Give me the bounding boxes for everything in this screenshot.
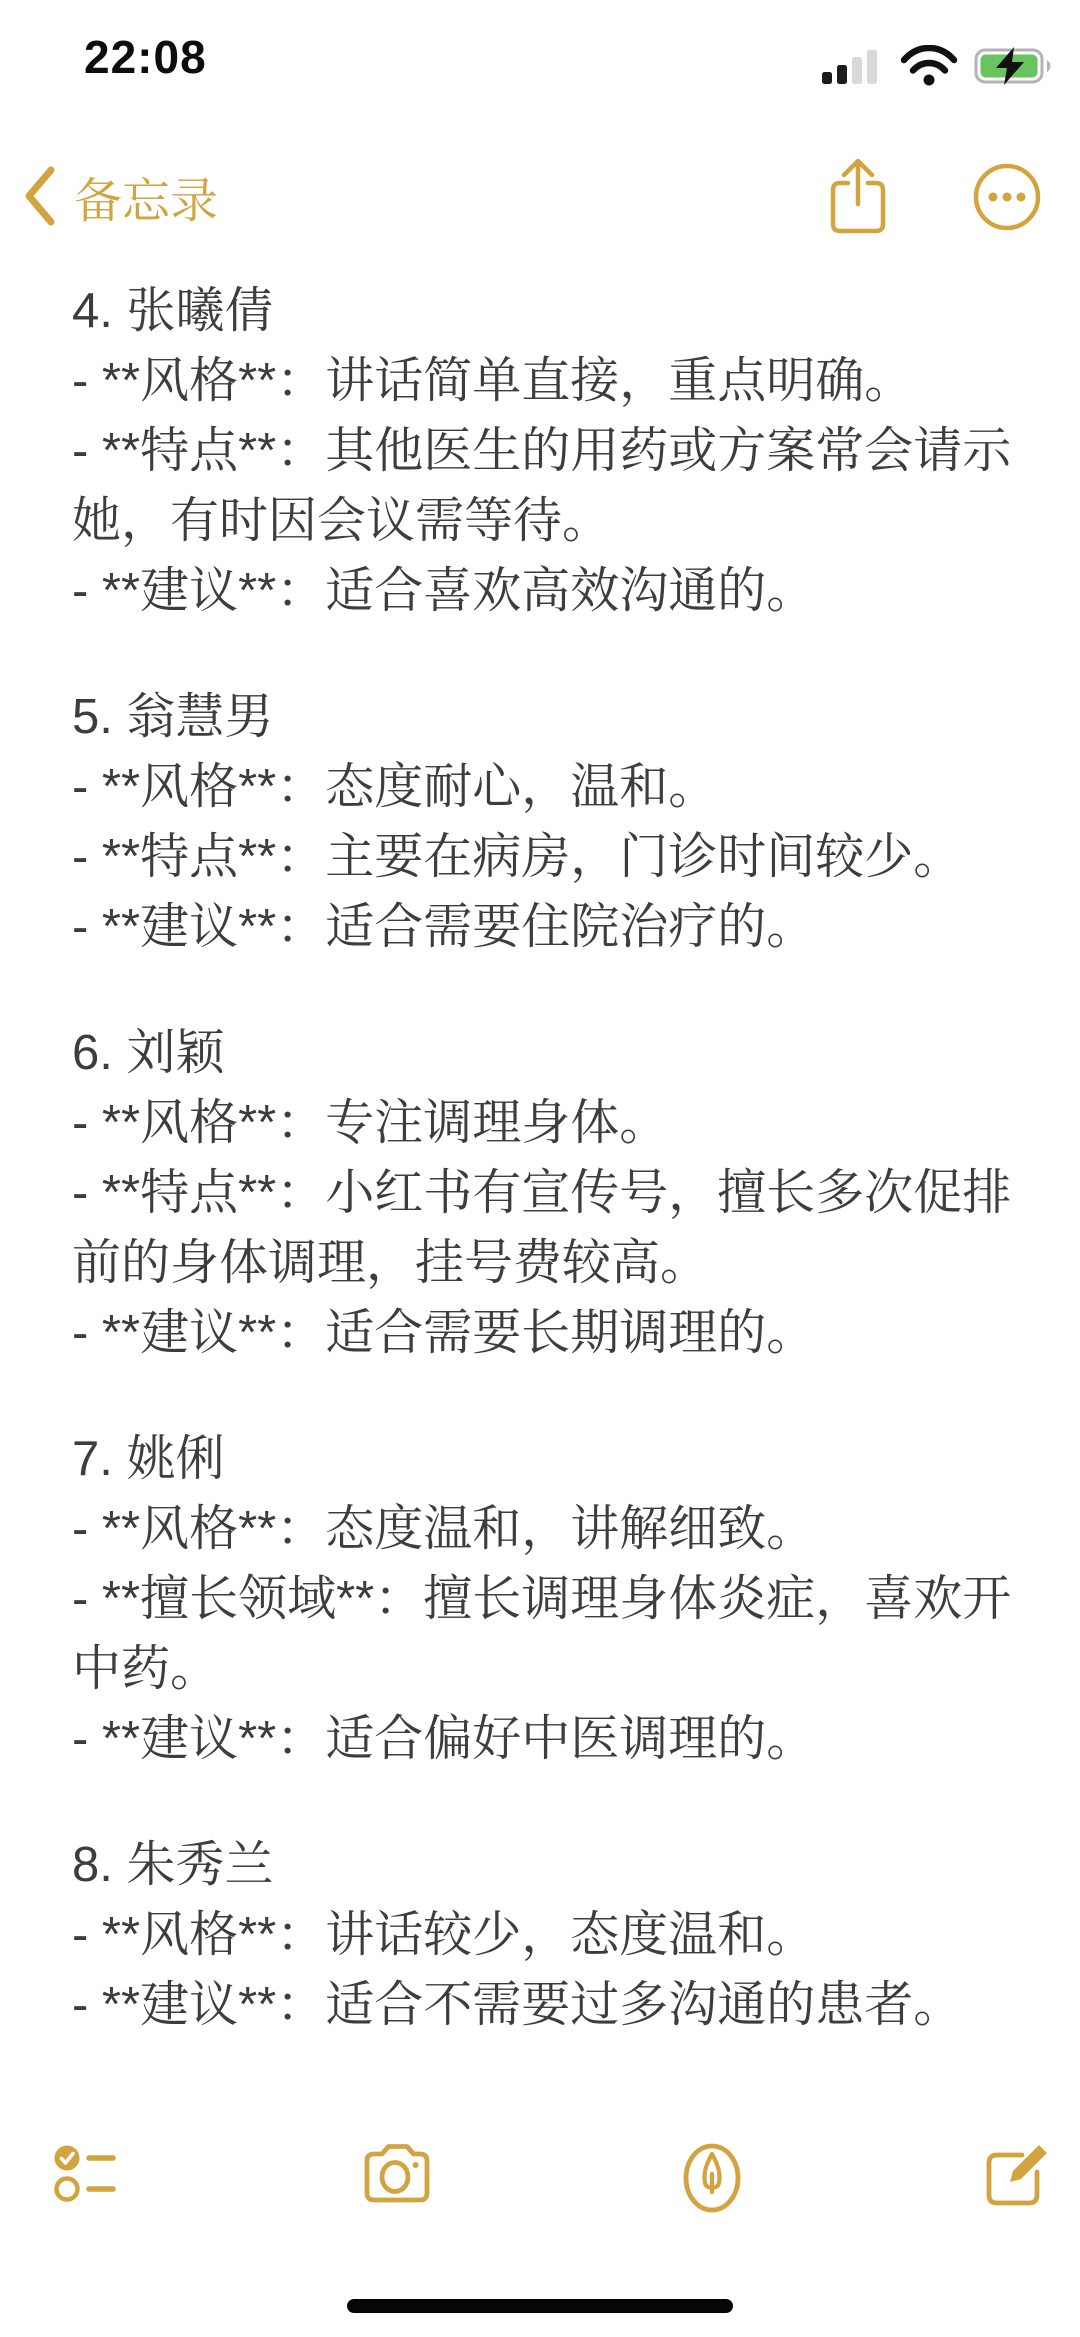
back-button[interactable]: 备忘录 (22, 150, 218, 242)
camera-button[interactable] (358, 2142, 436, 2211)
wifi-icon (900, 45, 958, 87)
note-line[interactable]: - **风格**：态度温和，讲解细致。 (72, 1494, 1016, 1564)
note-line[interactable]: - **特点**：小红书有宣传号，擅长多次促排前的身体调理，挂号费较高。 (72, 1158, 1016, 1298)
share-button[interactable] (828, 156, 888, 239)
compose-icon (980, 2142, 1052, 2214)
note-section-title[interactable]: 5. 翁慧男 (72, 682, 1016, 752)
bottom-toolbar (0, 2128, 1080, 2238)
more-options-button[interactable] (972, 162, 1042, 235)
note-line[interactable]: - **建议**：适合偏好中医调理的。 (72, 1704, 1016, 1774)
compose-button[interactable] (980, 2142, 1052, 2217)
note-line[interactable]: - **特点**：其他医生的用药或方案常会请示她，有时因会议需等待。 (72, 416, 1016, 556)
note-line[interactable]: - **建议**：适合喜欢高效沟通的。 (72, 556, 1016, 626)
note-section-title[interactable]: 4. 张曦倩 (72, 276, 1016, 346)
note-line[interactable]: - **风格**：讲话较少，态度温和。 (72, 1900, 1016, 1970)
note-line[interactable]: - **建议**：适合需要长期调理的。 (72, 1298, 1016, 1368)
cellular-signal-icon (820, 46, 884, 86)
home-indicator[interactable] (347, 2299, 733, 2313)
note-line[interactable]: - **风格**：态度耐心，温和。 (72, 752, 1016, 822)
chevron-left-icon (22, 165, 56, 227)
note-section: 5. 翁慧男 - **风格**：态度耐心，温和。 - **特点**：主要在病房，… (72, 682, 1016, 962)
status-bar-icons (820, 46, 1054, 86)
note-section-title[interactable]: 7. 姚俐 (72, 1424, 1016, 1494)
note-line[interactable]: - **特点**：主要在病房，门诊时间较少。 (72, 822, 1016, 892)
note-line[interactable]: - **建议**：适合需要住院治疗的。 (72, 892, 1016, 962)
note-section-title[interactable]: 6. 刘颖 (72, 1018, 1016, 1088)
note-line[interactable]: - **擅长领域**：擅长调理身体炎症，喜欢开中药。 (72, 1564, 1016, 1704)
camera-icon (358, 2142, 436, 2208)
battery-charging-icon (974, 46, 1054, 86)
markup-button[interactable] (680, 2142, 744, 2217)
note-section: 8. 朱秀兰 - **风格**：讲话较少，态度温和。 - **建议**：适合不需… (72, 1830, 1016, 2040)
note-section: 4. 张曦倩 - **风格**：讲话简单直接，重点明确。 - **特点**：其他… (72, 276, 1016, 626)
share-icon (828, 156, 888, 236)
checklist-button[interactable] (52, 2142, 122, 2209)
note-line[interactable]: - **建议**：适合不需要过多沟通的患者。 (72, 1970, 1016, 2040)
back-button-label: 备忘录 (74, 162, 218, 231)
note-line[interactable]: - **风格**：专注调理身体。 (72, 1088, 1016, 1158)
nav-bar: 备忘录 (0, 150, 1080, 242)
status-bar-time: 22:08 (84, 30, 207, 84)
markup-pen-icon (680, 2142, 744, 2214)
note-body[interactable]: 4. 张曦倩 - **风格**：讲话简单直接，重点明确。 - **特点**：其他… (72, 276, 1016, 2096)
ellipsis-circle-icon (972, 162, 1042, 232)
checklist-icon (52, 2142, 122, 2206)
note-line[interactable]: - **风格**：讲话简单直接，重点明确。 (72, 346, 1016, 416)
note-section: 6. 刘颖 - **风格**：专注调理身体。 - **特点**：小红书有宣传号，… (72, 1018, 1016, 1368)
note-section-title[interactable]: 8. 朱秀兰 (72, 1830, 1016, 1900)
note-section: 7. 姚俐 - **风格**：态度温和，讲解细致。 - **擅长领域**：擅长调… (72, 1424, 1016, 1774)
